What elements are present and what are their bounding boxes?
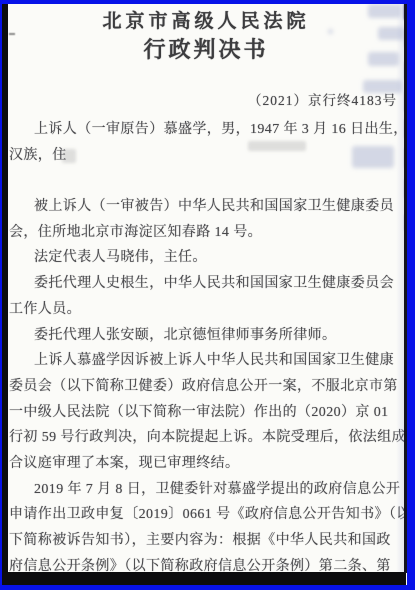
scan-edge-tint <box>396 4 404 572</box>
scan-frame-left <box>2 3 8 587</box>
court-name: 北京市高级人民法院 <box>8 6 404 33</box>
body-line: 下简称被诉告知书），主要内容为：根据《中华人民共和国政 <box>9 528 403 554</box>
scanned-judgment-page: 北京市高级人民法院 行政判决书 （2021）京行终4183号 上诉人（一审原告）… <box>0 0 415 590</box>
scan-border-left <box>0 0 2 590</box>
body-line: 委托代理人张安颐，北京德恒律师事务所律师。 <box>9 323 403 349</box>
body-line: 工作人员。 <box>9 297 403 323</box>
body-line: 委员会（以下简称卫健委）政府信息公开一案，不服北京市第 <box>9 374 403 400</box>
scan-border-bottom <box>0 585 415 590</box>
bleed-through-smudge <box>368 52 399 66</box>
scan-speck <box>9 33 15 35</box>
redaction-smudge <box>248 141 306 151</box>
body-line: 法定代表人马晓伟，主任。 <box>9 245 403 271</box>
body-line: 上诉人慕盛学因诉被上诉人中华人民共和国国家卫生健康 <box>9 348 403 374</box>
body-line: 合议庭审理了本案，现已审理终结。 <box>9 451 403 477</box>
body-line: 委托代理人史根生，中华人民共和国国家卫生健康委员会 <box>9 271 403 297</box>
body-line: 申请作出卫政申复〔2019〕0661 号《政府信息公开告知书》（以 <box>9 502 403 528</box>
body-line: 一中级人民法院（以下简称一审法院）作出的（2020）京 01 <box>9 400 403 426</box>
scan-frame-bottom <box>2 572 406 586</box>
body-line: 2019 年 7 月 8 日，卫健委针对慕盛学提出的政府信息公开 <box>9 477 403 503</box>
scan-border-top <box>0 0 415 4</box>
body-line: 会，住所地北京市海淀区知春路 14 号。 <box>9 220 403 246</box>
body-line: 被上诉人（一审被告）中华人民共和国国家卫生健康委员 <box>9 194 403 220</box>
body-line: 行初 59 号行政判决，向本院提起上诉。本院受理后，依法组成 <box>9 425 403 451</box>
bleed-through-smudge <box>328 29 333 34</box>
redaction-smudge <box>62 149 76 163</box>
body-line: 上诉人（一审原告）慕盛学，男，1947 年 3 月 16 日出生， <box>9 117 403 143</box>
document-type-title: 行政判决书 <box>8 33 404 64</box>
judgment-body: 上诉人（一审原告）慕盛学，男，1947 年 3 月 16 日出生， 汉族，住 被… <box>9 117 403 579</box>
scan-border-right <box>407 0 415 590</box>
bleed-through-smudge <box>352 146 394 168</box>
